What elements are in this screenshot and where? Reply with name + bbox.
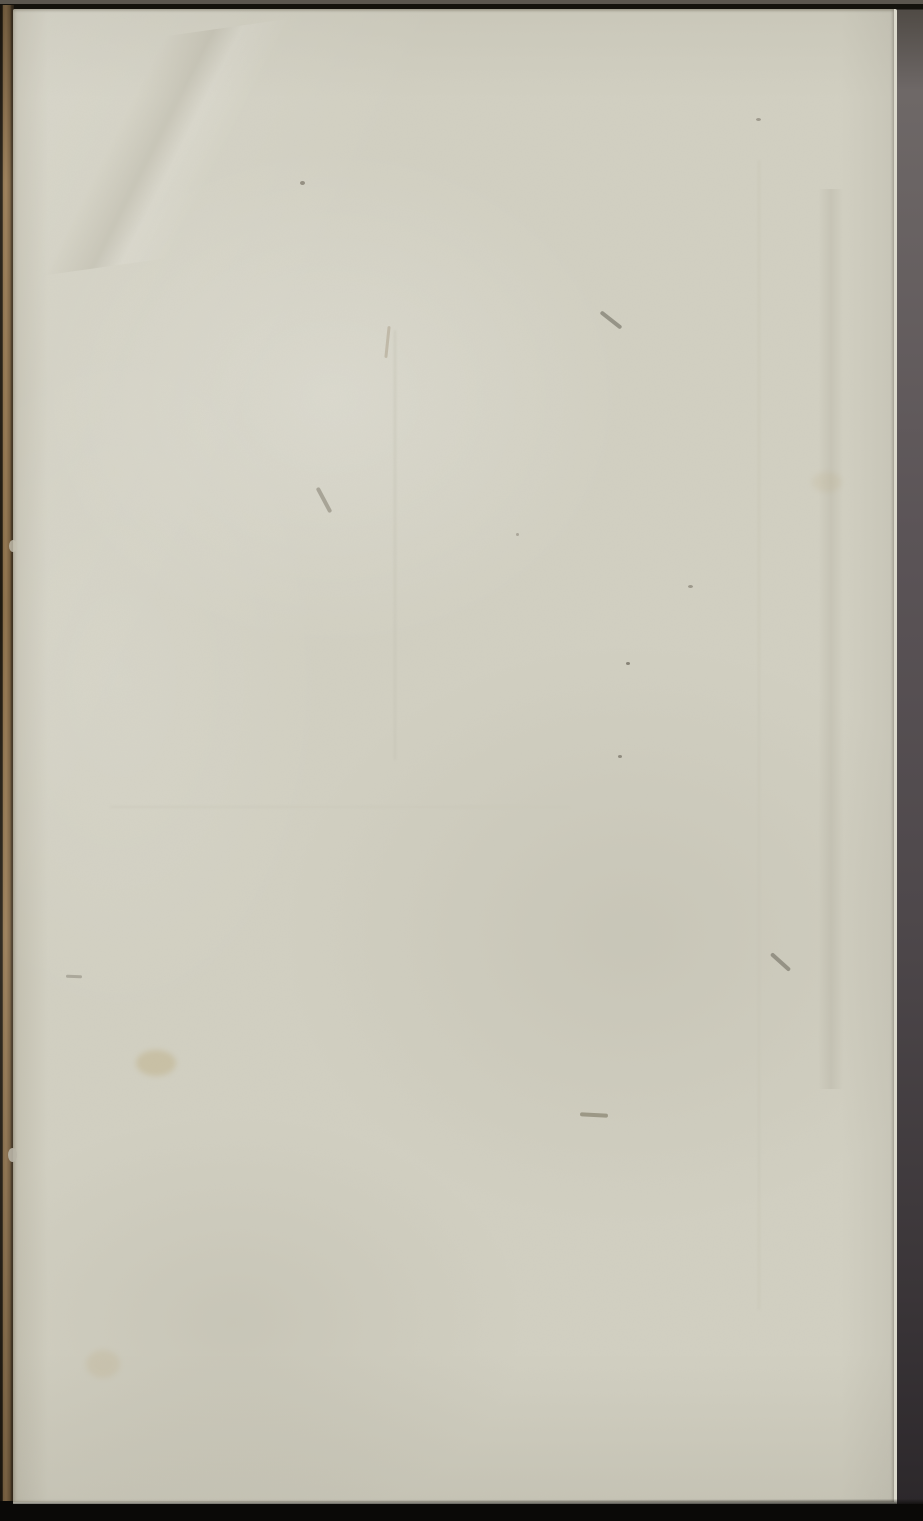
scanner-background	[893, 0, 923, 1521]
book-scan	[0, 0, 923, 1521]
blank-page	[13, 9, 897, 1505]
scan-bottom-band	[0, 1504, 923, 1521]
book-binding-strip	[0, 5, 14, 1501]
paper-grain-texture	[13, 9, 894, 1502]
